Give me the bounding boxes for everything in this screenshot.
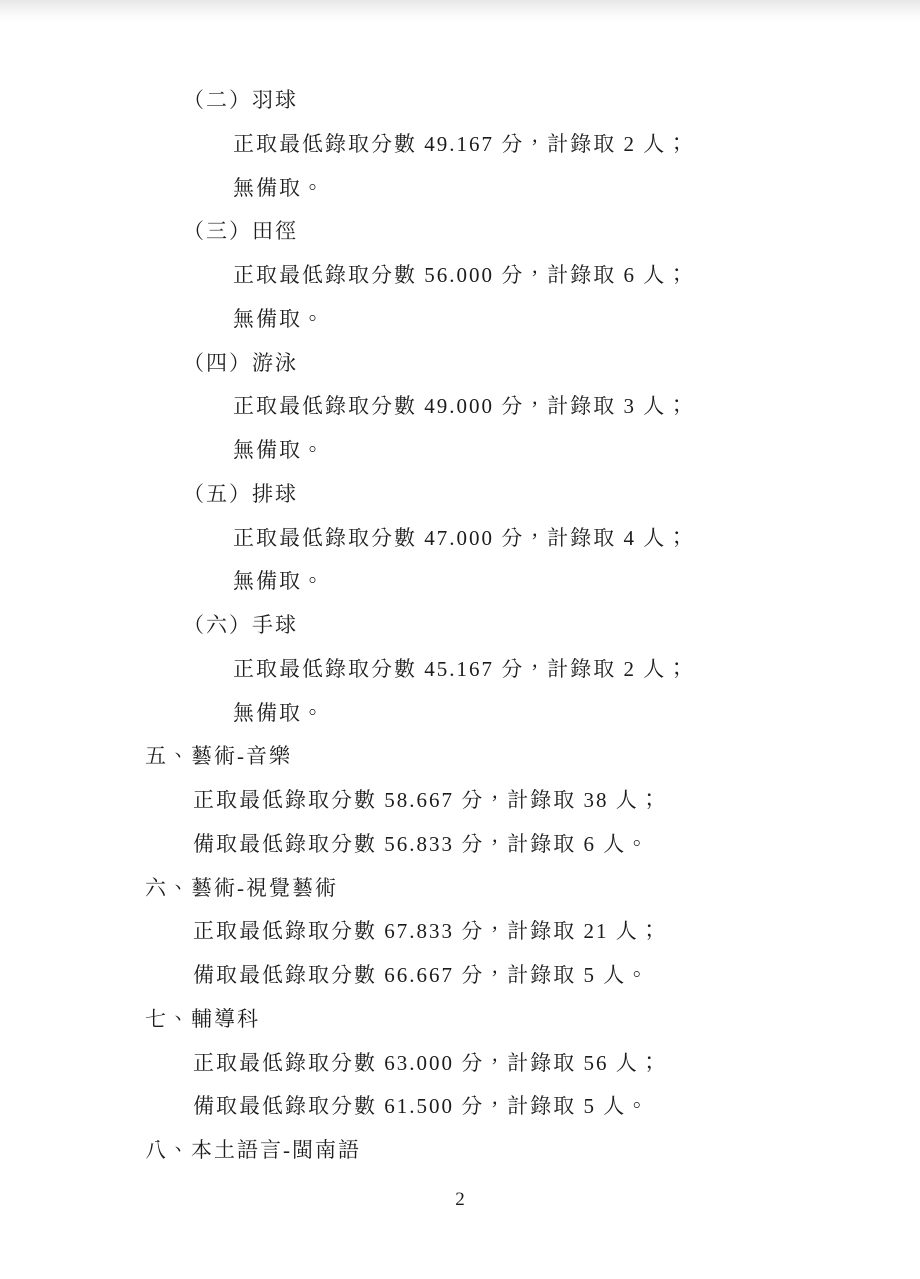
detail-line: 無備取。	[233, 560, 920, 604]
section-heading: （五）排球	[183, 473, 920, 517]
detail-line: 正取最低錄取分數 56.000 分，計錄取 6 人；	[233, 254, 920, 298]
page-number: 2	[0, 1187, 920, 1213]
section-arts-visual-arts: 六、藝術-視覺藝術 正取最低錄取分數 67.833 分，計錄取 21 人； 備取…	[0, 867, 920, 998]
section-heading: （四）游泳	[183, 342, 920, 386]
detail-line: 正取最低錄取分數 63.000 分，計錄取 56 人；	[193, 1042, 920, 1086]
section-track-and-field: （三）田徑 正取最低錄取分數 56.000 分，計錄取 6 人； 無備取。	[0, 210, 920, 341]
section-heading: （二）羽球	[183, 79, 920, 123]
detail-line: 備取最低錄取分數 66.667 分，計錄取 5 人。	[193, 954, 920, 998]
document-content: （二）羽球 正取最低錄取分數 49.167 分，計錄取 2 人； 無備取。 （三…	[0, 79, 920, 1213]
section-heading: 五、藝術-音樂	[145, 735, 920, 779]
detail-line: 正取最低錄取分數 58.667 分，計錄取 38 人；	[193, 779, 920, 823]
section-heading: 六、藝術-視覺藝術	[145, 867, 920, 911]
section-volleyball: （五）排球 正取最低錄取分數 47.000 分，計錄取 4 人； 無備取。	[0, 473, 920, 604]
section-arts-music: 五、藝術-音樂 正取最低錄取分數 58.667 分，計錄取 38 人； 備取最低…	[0, 735, 920, 866]
detail-line: 正取最低錄取分數 49.000 分，計錄取 3 人；	[233, 385, 920, 429]
detail-line: 無備取。	[233, 692, 920, 736]
section-heading: 七、輔導科	[145, 998, 920, 1042]
detail-line: 無備取。	[233, 298, 920, 342]
detail-line: 正取最低錄取分數 45.167 分，計錄取 2 人；	[233, 648, 920, 692]
document-page: （二）羽球 正取最低錄取分數 49.167 分，計錄取 2 人； 無備取。 （三…	[0, 0, 920, 1279]
section-heading: （六）手球	[183, 604, 920, 648]
detail-line: 正取最低錄取分數 47.000 分，計錄取 4 人；	[233, 517, 920, 561]
detail-line: 正取最低錄取分數 67.833 分，計錄取 21 人；	[193, 910, 920, 954]
detail-line: 無備取。	[233, 429, 920, 473]
section-heading: （三）田徑	[183, 210, 920, 254]
scan-top-shading	[0, 0, 920, 22]
detail-line: 備取最低錄取分數 61.500 分，計錄取 5 人。	[193, 1085, 920, 1129]
section-badminton: （二）羽球 正取最低錄取分數 49.167 分，計錄取 2 人； 無備取。	[0, 79, 920, 210]
section-swimming: （四）游泳 正取最低錄取分數 49.000 分，計錄取 3 人； 無備取。	[0, 342, 920, 473]
detail-line: 備取最低錄取分數 56.833 分，計錄取 6 人。	[193, 823, 920, 867]
section-local-language-hokkien: 八、本土語言-閩南語	[0, 1129, 920, 1173]
section-counseling: 七、輔導科 正取最低錄取分數 63.000 分，計錄取 56 人； 備取最低錄取…	[0, 998, 920, 1129]
section-heading: 八、本土語言-閩南語	[145, 1129, 920, 1173]
detail-line: 正取最低錄取分數 49.167 分，計錄取 2 人；	[233, 123, 920, 167]
detail-line: 無備取。	[233, 167, 920, 211]
section-handball: （六）手球 正取最低錄取分數 45.167 分，計錄取 2 人； 無備取。	[0, 604, 920, 735]
